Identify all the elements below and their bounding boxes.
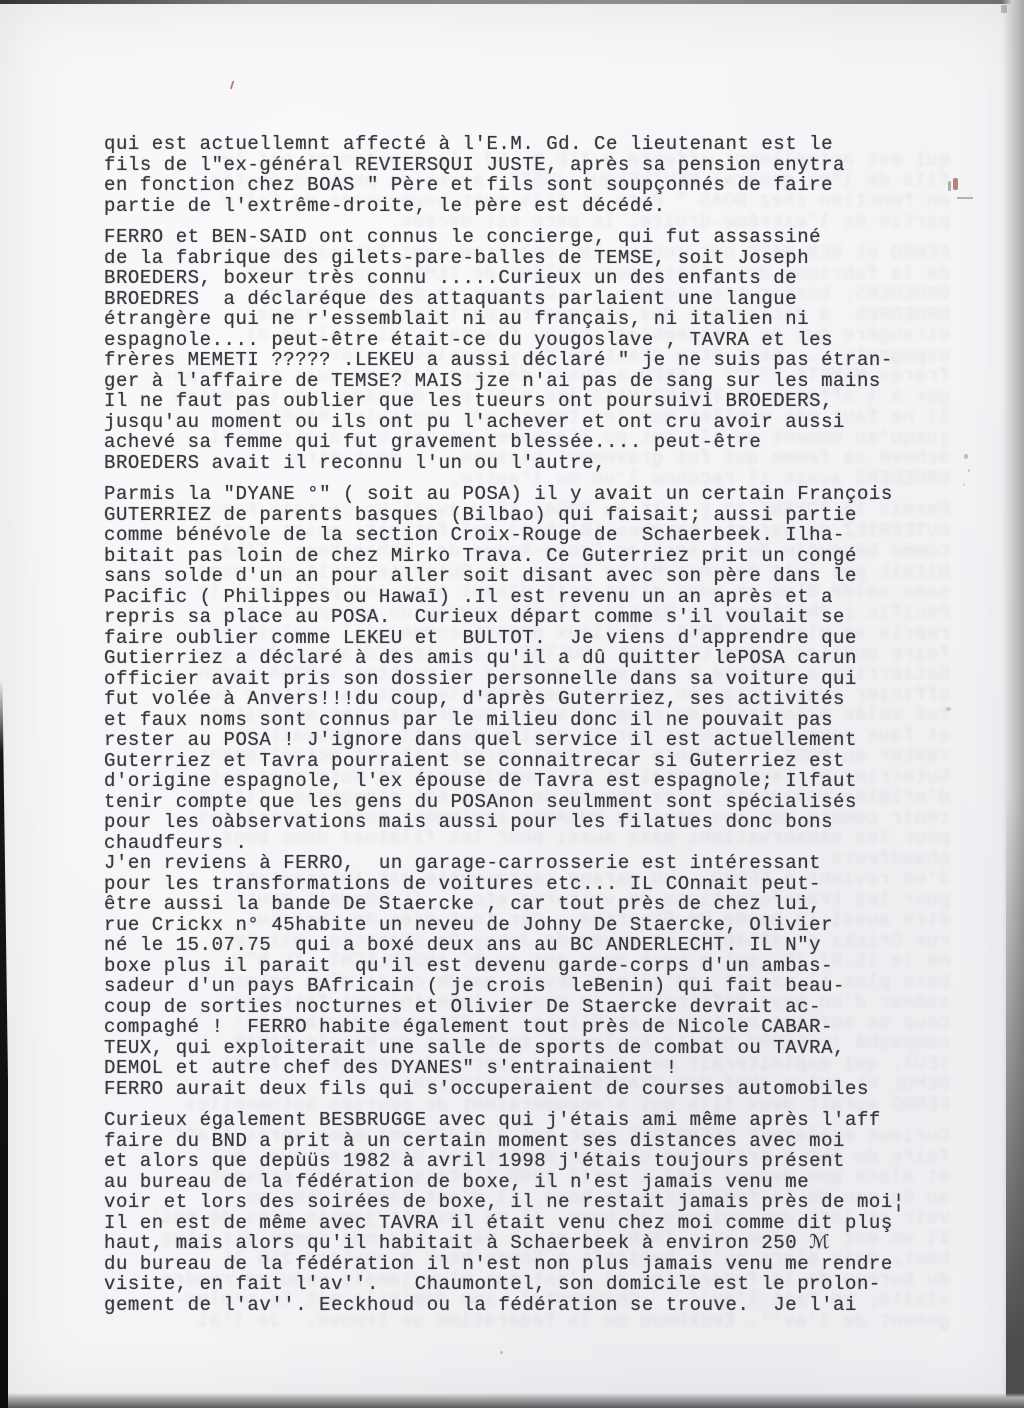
text-line: Pacific ( Philippes ou Hawaī) .Il est re… bbox=[104, 587, 944, 608]
text-line: qui est actuellemnt affecté à l'E.M. Gd.… bbox=[104, 134, 944, 155]
text-line: J'en reviens à FERRO, un garage-carrosse… bbox=[104, 853, 944, 874]
page-edge-right-dark-band bbox=[1006, 788, 1024, 1408]
gray-underline-mark bbox=[957, 197, 973, 199]
red-ink-tick-mark bbox=[230, 80, 238, 90]
text-line: DEMOL et autre chef des DYANES" s'entrai… bbox=[104, 1058, 944, 1079]
paragraph: Curieux également BESBRUGGE avec qui j'é… bbox=[104, 1110, 944, 1315]
text-line: bitait pas loin de chez Mirko Trava. Ce … bbox=[104, 546, 944, 567]
text-line: BROEDRES a déclaréque des attaquants par… bbox=[104, 289, 944, 310]
paragraph: qui est actuellemnt affecté à l'E.M. Gd.… bbox=[104, 134, 944, 216]
text-line: né le 15.07.75 qui a boxé deux ans au BC… bbox=[104, 935, 944, 956]
text-line: pour les transformations de voitures etc… bbox=[104, 874, 944, 895]
text-line: partie de l'extrême-droite, le père est … bbox=[104, 196, 944, 217]
text-line: Il ne faut pas oublier que les tueurs on… bbox=[104, 391, 944, 412]
text-line: sans solde d'un an pour aller soit disan… bbox=[104, 566, 944, 587]
edge-speck-middle bbox=[946, 707, 951, 711]
text-line: BROEDERS, boxeur très connu .....Curieux… bbox=[104, 268, 944, 289]
text-line: Curieux également BESBRUGGE avec qui j'é… bbox=[104, 1110, 944, 1131]
text-line: du bureau de la fédération il n'est non … bbox=[104, 1254, 944, 1275]
text-line: visite, en fait l'av''. Chaumontel, son … bbox=[104, 1274, 944, 1295]
text-line: compaghé ! FERRO habite également tout p… bbox=[104, 1017, 944, 1038]
text-line: boxe plus il parait qu'il est devenu gar… bbox=[104, 956, 944, 977]
text-line: faire du BND a prit à un certain moment … bbox=[104, 1131, 944, 1152]
scanner-edge-top bbox=[0, 0, 1024, 4]
text-line: achevé sa femme qui fut gravement blessé… bbox=[104, 432, 944, 453]
paragraph: Parmis la "DYANE °" ( soit au POSA) il y… bbox=[104, 484, 944, 1099]
text-line: pour les oàbservations mais aussi pour l… bbox=[104, 812, 944, 833]
text-line: et alors que depùüs 1982 à avril 1998 j'… bbox=[104, 1151, 944, 1172]
text-line: étrangère qui ne r'essemblait ni au fran… bbox=[104, 309, 944, 330]
text-line: rue Crickx n° 45habite un neveu de Johny… bbox=[104, 915, 944, 936]
text-line: espagnole.... peut-être était-ce du youg… bbox=[104, 330, 944, 351]
text-line: au bureau de la fédération de boxe, il n… bbox=[104, 1172, 944, 1193]
text-line: sadeur d'un pays BAfricain ( je crois le… bbox=[104, 976, 944, 997]
edge-speck-upper bbox=[964, 454, 968, 459]
text-line: être aussi la bande De Staercke , car to… bbox=[104, 894, 944, 915]
text-line: gement de l'av''. Eeckhoud ou la fédérat… bbox=[104, 1295, 944, 1316]
text-line: coup de sorties nocturnes et Olivier De … bbox=[104, 997, 944, 1018]
text-line: haut, mais alors qu'il habitait à Schaer… bbox=[104, 1233, 944, 1254]
text-line: Gutierriez a déclaré à des amis qu'il a … bbox=[104, 648, 944, 669]
text-line: Il en est de même avec TAVRA il était ve… bbox=[104, 1213, 944, 1234]
text-line: jusqu'au moment ou ils ont pu l'achever … bbox=[104, 412, 944, 433]
text-line: FERRO aurait deux fils qui s'occuperaien… bbox=[104, 1079, 944, 1100]
text-line: TEUX, qui exploiterait une salle de spor… bbox=[104, 1038, 944, 1059]
text-line: faire oublier comme LEKEU et BULTOT. Je … bbox=[104, 628, 944, 649]
text-line: ger à l'affaire de TEMSE? MAIS jze n'ai … bbox=[104, 371, 944, 392]
speck-bottom bbox=[500, 1351, 503, 1354]
text-line: fut volée à Anvers!!!du coup, d'après Gu… bbox=[104, 689, 944, 710]
text-line: GUTERRIEZ de parents basques (Bilbao) qu… bbox=[104, 505, 944, 526]
text-line: d'origine espagnole, l'ex épouse de Tavr… bbox=[104, 771, 944, 792]
text-line: et faux noms sont connus par le milieu d… bbox=[104, 710, 944, 731]
text-line: chaudfeurs . bbox=[104, 833, 944, 854]
scanned-document-page: qui est actuellemnt affecté à l'E.M. Gd.… bbox=[0, 0, 1024, 1408]
text-line: de la fabrique des gilets-pare-balles de… bbox=[104, 248, 944, 269]
text-line: BROEDERS avait il reconnu l'un ou l'autr… bbox=[104, 453, 944, 474]
brown-stain-mark bbox=[953, 178, 958, 190]
text-line: FERRO et BEN-SAID ont connus le concierg… bbox=[104, 227, 944, 248]
text-line: tenir compte que les gens du POSAnon seu… bbox=[104, 792, 944, 813]
text-line: officier avait pris son dossier personne… bbox=[104, 669, 944, 690]
text-line: Guterriez et Tavra pourraient se connait… bbox=[104, 751, 944, 772]
text-line: rester au POSA ! J'ignore dans quel serv… bbox=[104, 730, 944, 751]
text-line: Parmis la "DYANE °" ( soit au POSA) il y… bbox=[104, 484, 944, 505]
text-line: fils de l"ex-général REVIERSQUI JUSTE, a… bbox=[104, 155, 944, 176]
text-line: frères MEMETI ????? .LEKEU a aussi décla… bbox=[104, 350, 944, 371]
scanner-edge-bottom bbox=[0, 1393, 1024, 1408]
text-line: repris sa place au POSA. Curieux départ … bbox=[104, 607, 944, 628]
text-column: qui est actuellemnt affecté à l'E.M. Gd.… bbox=[104, 134, 944, 1326]
scanner-edge-left-black bbox=[0, 680, 8, 1408]
text-line: comme bénévole de la section Croix-Rouge… bbox=[104, 525, 944, 546]
paragraph: FERRO et BEN-SAID ont connus le concierg… bbox=[104, 227, 944, 473]
text-line: voir et lors des soirées de boxe, il ne … bbox=[104, 1192, 944, 1213]
text-line: en fonction chez BOAS " Père et fils son… bbox=[104, 175, 944, 196]
